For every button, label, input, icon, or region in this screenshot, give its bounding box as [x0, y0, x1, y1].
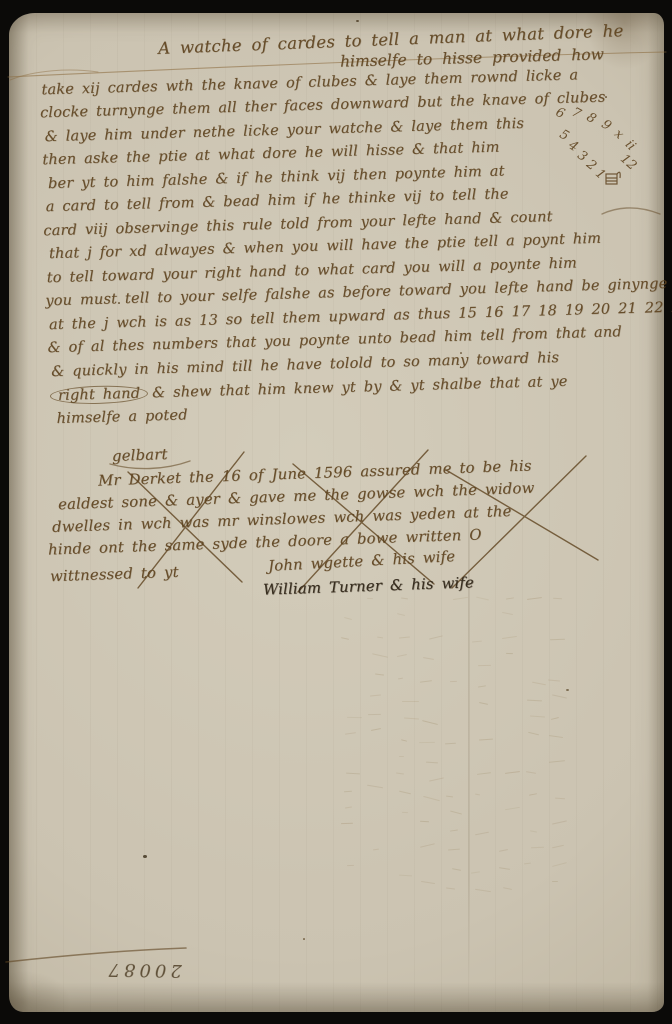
circled-words: right hand [50, 384, 149, 405]
manuscript-photo: A watche of cardes to tell a man at what… [0, 0, 672, 1024]
manuscript-line: then aske the ptie at what dore he will … [42, 140, 500, 169]
manuscript-line: a card to tell from & bead him if he thi… [45, 186, 508, 215]
folio-number: 20087 [52, 943, 183, 981]
manuscript-line: himselfe a poted [56, 407, 188, 427]
small-square-doodle [604, 169, 624, 187]
card-trick-instructions: take xij cardes wth the knave of clubes … [39, 66, 645, 433]
memo-inserted-name: gelbart [112, 446, 168, 465]
manuscript-line-text: & shew that him knew yt by & yt shalbe t… [152, 374, 568, 402]
